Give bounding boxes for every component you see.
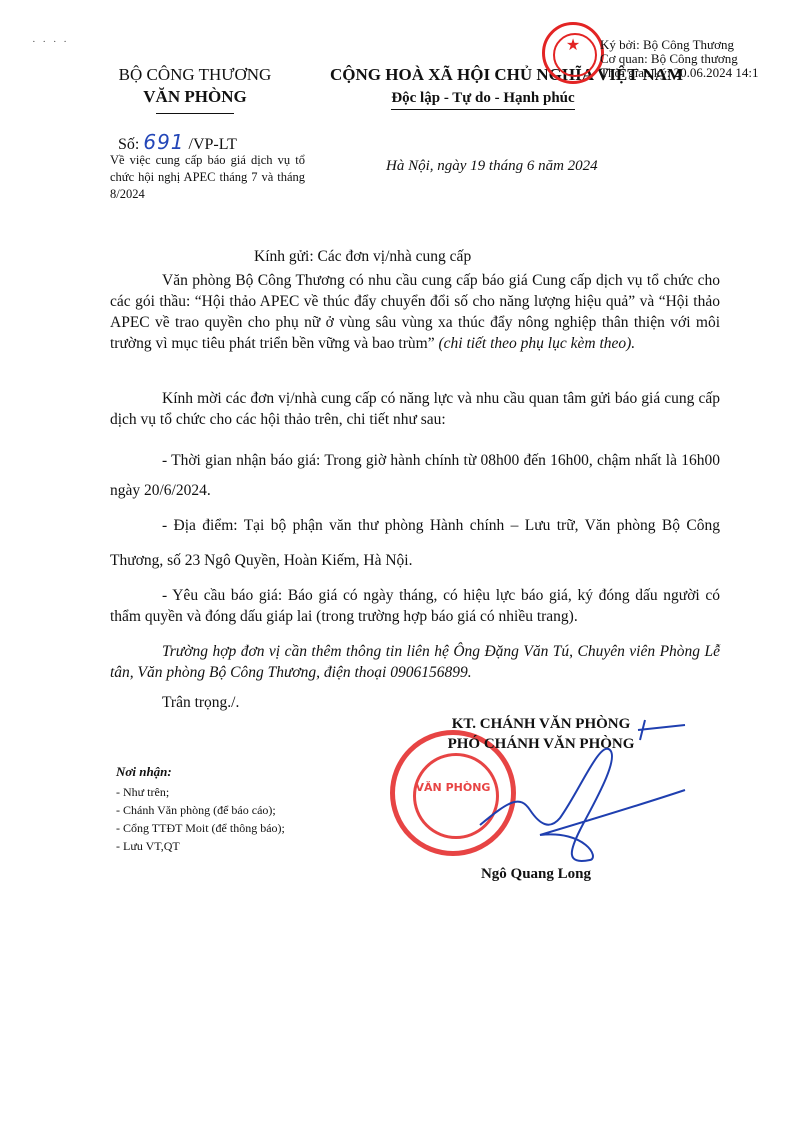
signing-time: Thời gian ký: 20.06.2024 14:1	[600, 66, 759, 80]
item-quote-requirements: - Yêu cầu báo giá: Báo giá có ngày tháng…	[110, 585, 720, 627]
digital-signature-emblem-icon: ★	[542, 22, 604, 84]
appendix-note: (chi tiết theo phụ lục kèm theo).	[438, 335, 635, 352]
paragraph-request: Văn phòng Bộ Công Thương có nhu cầu cung…	[110, 270, 720, 354]
document-number: Số: 691 /VP-LT	[118, 130, 237, 154]
ministry-name: BỘ CÔNG THƯƠNG	[100, 64, 290, 86]
star-icon: ★	[545, 37, 601, 53]
recipient-item: - Lưu VT,QT	[116, 837, 285, 855]
recipients-list: Nơi nhận: - Như trên; - Chánh Văn phòng …	[116, 763, 285, 855]
national-motto: Độc lập - Tự do - Hạnh phúc	[391, 88, 574, 110]
digital-signature-info: Ký bởi: Bộ Công Thương Cơ quan: Bộ Công …	[600, 38, 759, 80]
handwritten-signature-icon	[470, 700, 690, 870]
signed-by: Ký bởi: Bộ Công Thương	[600, 38, 759, 52]
handwritten-number: 691	[143, 130, 184, 154]
document-subject: Về việc cung cấp báo giá dịch vụ tổ chức…	[110, 152, 305, 203]
scan-mark: · · · ·	[32, 36, 69, 48]
signer-name: Ngô Quang Long	[396, 866, 676, 883]
recipient-item: - Chánh Văn phòng (để báo cáo);	[116, 801, 285, 819]
place-and-date: Hà Nội, ngày 19 tháng 6 năm 2024	[386, 158, 598, 175]
recipient-item: - Cổng TTĐT Moit (để thông báo);	[116, 819, 285, 837]
signing-agency: Cơ quan: Bộ Công thương	[600, 52, 759, 66]
recipient-item: - Như trên;	[116, 783, 285, 801]
issuing-agency: BỘ CÔNG THƯƠNG VĂN PHÒNG	[100, 64, 290, 114]
number-suffix: /VP-LT	[189, 136, 237, 153]
paragraph-invitation: Kính mời các đơn vị/nhà cung cấp có năng…	[110, 388, 720, 430]
national-header: CỘNG HOÀ XÃ HỘI CHỦ NGHĨA VIỆT NAM Độc l…	[318, 64, 648, 110]
recipients-title: Nơi nhận:	[116, 763, 285, 781]
recipient-line: Kính gửi: Các đơn vị/nhà cung cấp	[254, 248, 471, 266]
number-prefix: Số:	[118, 136, 139, 153]
item-receipt-time: - Thời gian nhận báo giá: Trong giờ hành…	[110, 446, 720, 506]
item-location: - Địa điểm: Tại bộ phận văn thư phòng Hà…	[110, 508, 720, 578]
contact-info: Trường hợp đơn vị cần thêm thông tin liê…	[110, 641, 720, 683]
divider	[156, 113, 234, 114]
office-name: VĂN PHÒNG	[100, 86, 290, 108]
